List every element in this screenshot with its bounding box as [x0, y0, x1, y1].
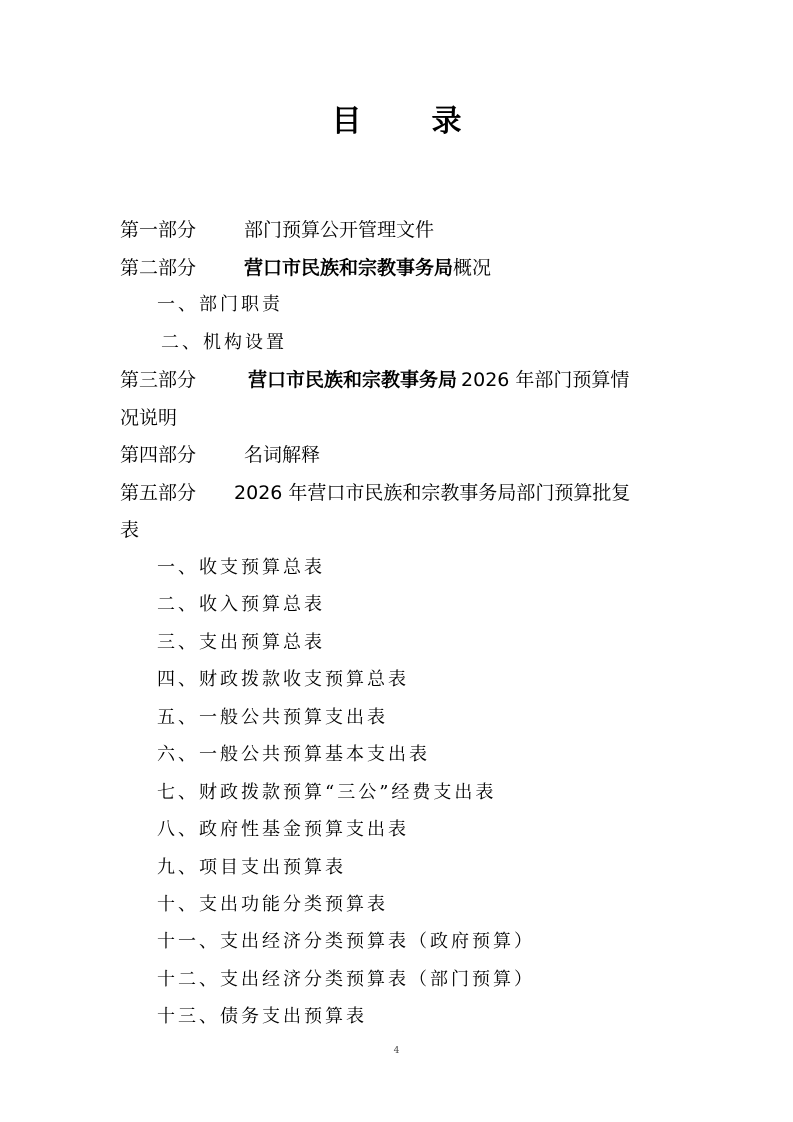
title-char-2: 录 [432, 96, 462, 140]
toc-entry-part-5-continuation: 表 [120, 518, 139, 542]
page-title: 目录 [0, 96, 793, 140]
toc-entry-part-1[interactable]: 第一部分部门预算公开管理文件 [120, 218, 434, 242]
toc-subentry-duties[interactable]: 一、部门职责 [157, 293, 283, 317]
toc-subentry-structure[interactable]: 二、机构设置 [161, 331, 287, 355]
toc-table-8[interactable]: 八、政府性基金预算支出表 [157, 818, 409, 842]
toc-table-2[interactable]: 二、收入预算总表 [157, 593, 325, 617]
toc-table-6[interactable]: 六、一般公共预算基本支出表 [157, 743, 430, 767]
part-label: 第一部分 [120, 218, 196, 242]
part-label: 第四部分 [120, 443, 196, 467]
part-label: 第五部分 [120, 481, 196, 505]
part-title: 部门预算公开管理文件 [244, 218, 434, 242]
part-label: 第三部分 [120, 368, 196, 392]
toc-entry-part-3-continuation: 况说明 [120, 406, 177, 430]
toc-table-7[interactable]: 七、财政拨款预算“三公”经费支出表 [157, 781, 496, 805]
toc-table-9[interactable]: 九、项目支出预算表 [157, 856, 346, 880]
toc-table-11[interactable]: 十一、支出经济分类预算表（政府预算） [157, 930, 535, 954]
toc-table-12[interactable]: 十二、支出经济分类预算表（部门预算） [157, 968, 535, 992]
toc-entry-part-3[interactable]: 第三部分营口市民族和宗教事务局2026 年部门预算情 [120, 368, 629, 392]
part-title-suffix: 概况 [453, 256, 491, 280]
toc-table-3[interactable]: 三、支出预算总表 [157, 631, 325, 655]
toc-table-5[interactable]: 五、一般公共预算支出表 [157, 706, 388, 730]
toc-entry-part-4[interactable]: 第四部分名词解释 [120, 443, 320, 467]
toc-table-4[interactable]: 四、财政拨款收支预算总表 [157, 668, 409, 692]
part-title: 名词解释 [244, 443, 320, 467]
part-title: 2026 年营口市民族和宗教事务局部门预算批复 [234, 481, 630, 505]
page-number: 4 [0, 1046, 793, 1056]
toc-entry-part-2[interactable]: 第二部分营口市民族和宗教事务局概况 [120, 256, 491, 280]
part-title-bold: 营口市民族和宗教事务局 [248, 368, 457, 392]
toc-table-10[interactable]: 十、支出功能分类预算表 [157, 893, 388, 917]
title-char-1: 目 [332, 96, 362, 140]
toc-entry-part-5[interactable]: 第五部分2026 年营口市民族和宗教事务局部门预算批复 [120, 481, 630, 505]
part-title-bold: 营口市民族和宗教事务局 [244, 256, 453, 280]
part-label: 第二部分 [120, 256, 196, 280]
toc-table-1[interactable]: 一、收支预算总表 [157, 556, 325, 580]
part-title-suffix: 2026 年部门预算情 [461, 368, 629, 392]
toc-table-13[interactable]: 十三、债务支出预算表 [157, 1005, 367, 1029]
